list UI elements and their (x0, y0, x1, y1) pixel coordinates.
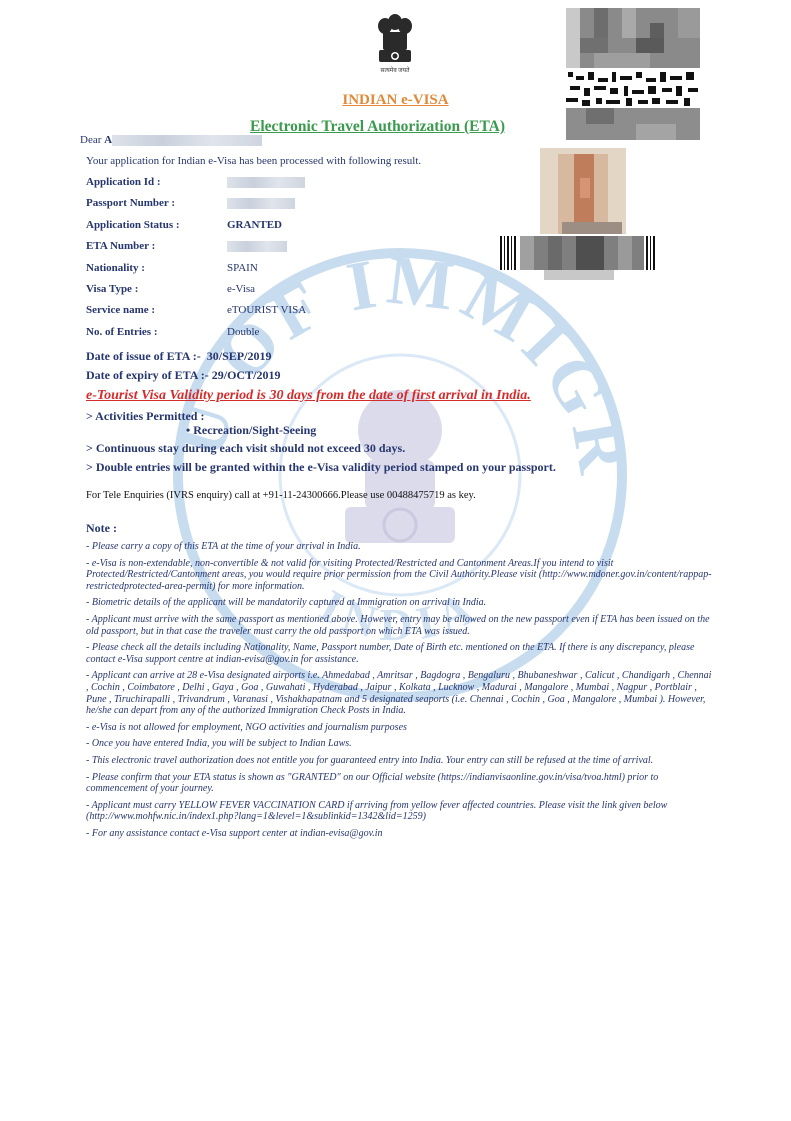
greeting: Dear A (80, 134, 262, 146)
entries-condition: > Double entries will be granted within … (86, 460, 556, 475)
redacted-application-id (227, 177, 305, 188)
tele-enquiry: For Tele Enquiries (IVRS enquiry) call a… (86, 490, 476, 501)
note-item: - Applicant can arrive at 28 e-Visa desi… (86, 670, 716, 716)
validity-notice: e-Tourist Visa Validity period is 30 day… (86, 388, 531, 404)
redacted-passport-number (227, 198, 295, 209)
note-item: - This electronic travel authorization d… (86, 755, 716, 767)
activities-permitted-label: > Activities Permitted : (86, 409, 204, 424)
note-item: - Please confirm that your ETA status is… (86, 772, 716, 795)
issue-date: Date of issue of ETA :- 30/SEP/2019 (86, 349, 271, 364)
document-subtitle: Electronic Travel Authorization (ETA) (250, 118, 505, 136)
redacted-name (112, 135, 262, 146)
activity-item: • Recreation/Sight-Seeing (186, 423, 316, 438)
note-item: - e-Visa is non-extendable, non-converti… (86, 558, 716, 593)
note-item: - Applicant must carry YELLOW FEVER VACC… (86, 800, 716, 823)
notes-list: - Please carry a copy of this ETA at the… (86, 541, 716, 844)
expiry-date: Date of expiry of ETA :- 29/OCT/2019 (86, 368, 280, 383)
intro-text: Your application for Indian e-Visa has b… (86, 155, 421, 167)
note-item: - Biometric details of the applicant wil… (86, 597, 716, 609)
redacted-eta-number (227, 241, 287, 252)
applicant-name: A (104, 134, 112, 146)
applicant-photo (540, 148, 626, 234)
note-item: - Applicant must arrive with the same pa… (86, 614, 716, 637)
note-heading: Note : (86, 521, 117, 536)
note-item: - Please carry a copy of this ETA at the… (86, 541, 716, 553)
stay-condition: > Continuous stay during each visit shou… (86, 441, 405, 456)
note-item: - Once you have entered India, you will … (86, 738, 716, 750)
emblem-caption: सत्यमेव जयते (370, 66, 420, 74)
note-item: - For any assistance contact e-Visa supp… (86, 828, 716, 840)
barcode (500, 236, 660, 281)
note-item: - Please check all the details including… (86, 642, 716, 665)
status-value: GRANTED (227, 219, 282, 231)
note-item: - e-Visa is not allowed for employment, … (86, 722, 716, 734)
qr-code (566, 8, 700, 140)
